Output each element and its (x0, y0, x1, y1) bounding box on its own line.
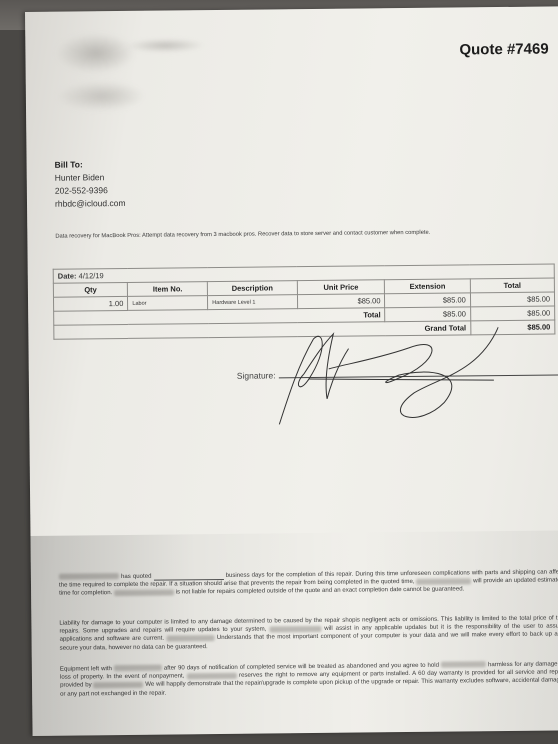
redacted-text (269, 626, 321, 633)
customer-phone: 202-552-9396 (55, 184, 126, 198)
terms-paragraph-liability: Liability for damage to your computer is… (59, 614, 558, 652)
redacted-text (441, 662, 486, 668)
header-total: Total (470, 278, 554, 293)
handwritten-signature (268, 322, 499, 434)
total-value: $85.00 (470, 306, 554, 321)
redacted-text (187, 672, 237, 679)
customer-email: rhbdc@icloud.com (55, 197, 126, 211)
redacted-business-address (56, 81, 146, 112)
redacted-text (114, 665, 162, 672)
redacted-text (416, 578, 471, 585)
row-total: $85.00 (470, 292, 554, 307)
terms-paragraph-warranty: Equipment left with after 90 days of not… (60, 660, 558, 698)
total-label: Total (297, 308, 385, 323)
total-extension: $85.00 (385, 307, 470, 322)
redacted-logo (55, 33, 135, 74)
quote-document: Quote #7469 Bill To: Hunter Biden 202-55… (25, 6, 558, 736)
redacted-business-name (125, 38, 205, 53)
redacted-text (93, 682, 143, 689)
bill-to-block: Bill To: Hunter Biden 202-552-9396 rhbdc… (55, 158, 126, 211)
customer-name: Hunter Biden (55, 171, 126, 185)
header-description: Description (208, 281, 298, 296)
date-value: 4/12/19 (79, 271, 104, 280)
date-label: Date: (58, 271, 77, 280)
quote-number: Quote #7469 (459, 41, 548, 59)
header-qty: Qty (53, 282, 127, 297)
bill-to-label: Bill To: (55, 158, 126, 172)
redacted-text (166, 635, 214, 642)
row-description: Hardware Level 1 (208, 295, 298, 310)
row-item-no: Labor (128, 296, 208, 311)
row-extension: $85.00 (385, 293, 470, 308)
work-description: Data recovery for MacBook Pros: Attempt … (55, 230, 430, 240)
redacted-text (114, 589, 174, 596)
header-extension: Extension (385, 279, 470, 294)
terms-paragraph-timeline: has quoted business days for the complet… (59, 568, 558, 598)
redacted-text (59, 573, 119, 580)
header-item-no: Item No. (128, 282, 208, 297)
row-unit-price: $85.00 (297, 294, 385, 309)
row-qty: 1.00 (53, 296, 127, 311)
header-unit-price: Unit Price (297, 280, 385, 295)
